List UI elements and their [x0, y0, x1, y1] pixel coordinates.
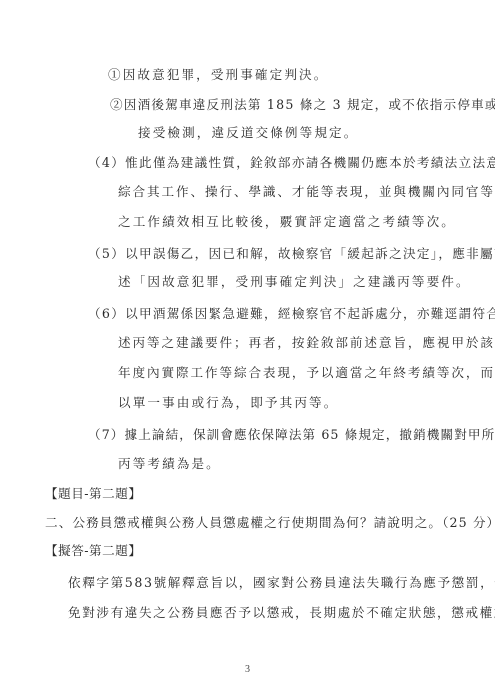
paragraph-4: （4）惟此僅為建議性質，銓敘部亦請各機關仍應本於考績法立法意旨， — [88, 155, 495, 171]
sub-item-2-continuation: 接受檢測，違反道交條例等規定。 — [138, 125, 358, 141]
paragraph-6-line-4: 以單一事由或行為，即予其丙等。 — [118, 395, 338, 411]
paragraph-6-line-2: 述丙等之建議要件；再者，按銓敘部前述意旨，應視甲於該考績 — [118, 335, 495, 351]
answer-paragraph-line-1: 依釋字第583號解釋意旨以，國家對公務員違法失職行為應予懲罰，惟為避 — [68, 575, 495, 591]
paragraph-4-line-3: 之工作績效相互比較後，覈實評定適當之考績等次。 — [118, 214, 456, 230]
sub-item-1: ①因故意犯罪，受刑事確定判決。 — [108, 67, 328, 83]
paragraph-6: （6）以甲酒駕係因緊急避難，經檢察官不起訴處分，亦難逕謂符合前 — [88, 306, 495, 322]
paragraph-4-line-2: 綜合其工作、操行、學識、才能等表現，並與機關內同官等人員 — [118, 184, 495, 200]
paragraph-6-line-3: 年度內實際工作等綜合表現，予以適當之年終考績等次，而非逕 — [118, 365, 495, 381]
answer-heading: 【擬答-第二題】 — [45, 543, 141, 559]
paragraph-7: （7）據上論結，保訓會應依保障法第 65 條規定，撤銷機關對甲所為之 — [88, 427, 495, 443]
question-text: 二、公務員懲戒權與公務人員懲處權之行使期間為何？請說明之。（25 分） — [45, 515, 495, 531]
page-number: 3 — [0, 664, 495, 675]
sub-item-2: ②因酒後駕車違反刑法第 185 條之 3 規定，或不依指示停車或拒絕 — [110, 97, 495, 113]
answer-paragraph-line-2: 免對涉有違失之公務員應否予以懲戒，長期處於不確定狀態，懲戒權於經 — [68, 605, 495, 621]
question-heading: 【題目-第二題】 — [45, 486, 141, 502]
paragraph-5-line-2: 述「因故意犯罪，受刑事確定判決」之建議丙等要件。 — [118, 274, 471, 290]
paragraph-5: （5）以甲誤傷乙，因已和解，故檢察官「緩起訴之決定」，應非屬前 — [88, 246, 495, 262]
paragraph-7-line-2: 丙等考績為是。 — [118, 456, 221, 472]
